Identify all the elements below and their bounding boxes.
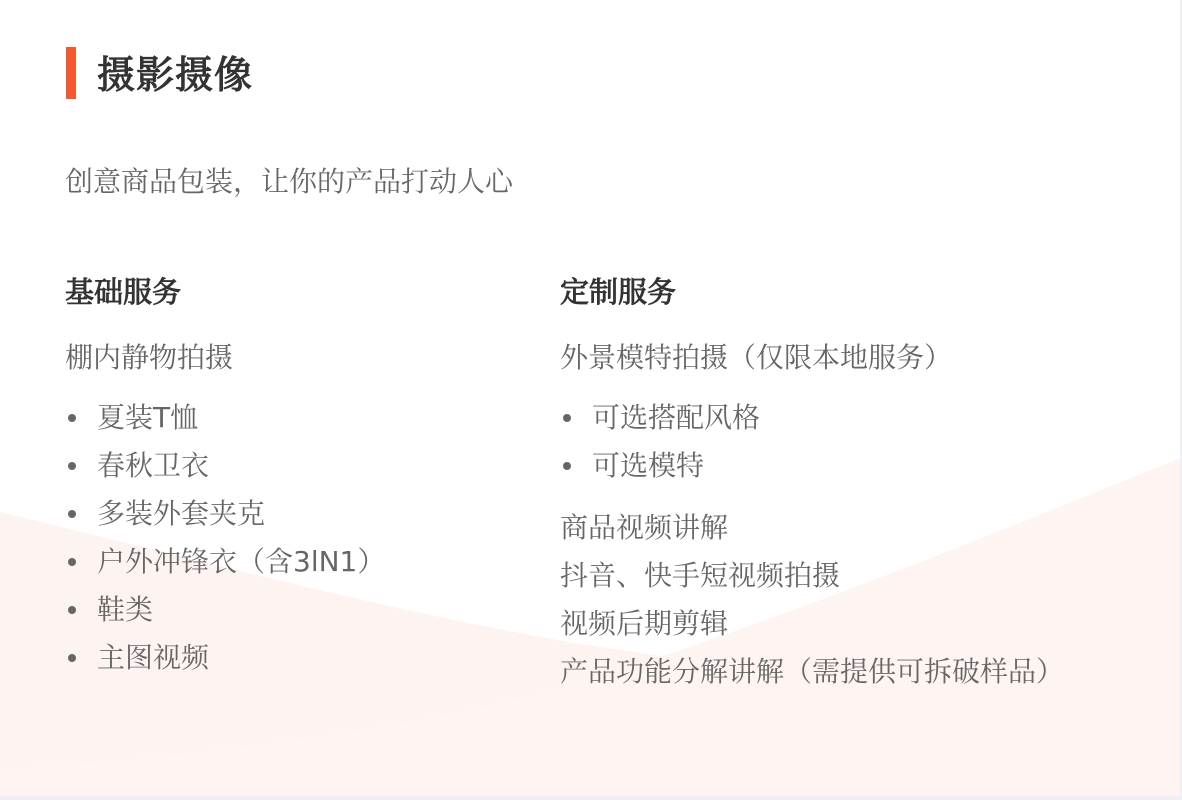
list-item: 多装外套夹克 xyxy=(65,490,385,538)
bullet-icon xyxy=(563,462,571,470)
list-item: 鞋类 xyxy=(65,586,385,634)
list-item-label: 夏装T恤 xyxy=(97,394,198,442)
list-item-label: 户外冲锋衣（含3lN1） xyxy=(97,538,385,586)
title-accent-bar xyxy=(66,47,76,99)
custom-service-group-title: 外景模特拍摄（仅限本地服务） xyxy=(560,336,1064,380)
list-item: 春秋卫衣 xyxy=(65,442,385,490)
basic-service-column: 基础服务 棚内静物拍摄 夏装T恤 春秋卫衣 多装外套夹克 户外冲锋衣（含3lN1 xyxy=(65,270,385,682)
custom-service-column: 定制服务 外景模特拍摄（仅限本地服务） 可选搭配风格 可选模特 商品视频讲解 抖… xyxy=(560,270,1064,696)
bullet-icon xyxy=(68,654,76,662)
list-item: 产品功能分解讲解（需提供可拆破样品） xyxy=(560,648,1064,696)
bullet-icon xyxy=(563,414,571,422)
custom-service-extras: 商品视频讲解 抖音、快手短视频拍摄 视频后期剪辑 产品功能分解讲解（需提供可拆破… xyxy=(560,504,1064,696)
custom-service-heading: 定制服务 xyxy=(560,270,1064,314)
page-subtitle: 创意商品包装，让你的产品打动人心 xyxy=(65,160,513,204)
list-item: 可选模特 xyxy=(560,442,1064,490)
list-item: 主图视频 xyxy=(65,634,385,682)
page-title: 摄影摄像 xyxy=(97,50,253,100)
bullet-icon xyxy=(68,414,76,422)
list-item-label: 可选模特 xyxy=(592,442,704,490)
basic-service-group-title: 棚内静物拍摄 xyxy=(65,336,385,380)
bullet-icon xyxy=(68,510,76,518)
list-item: 户外冲锋衣（含3lN1） xyxy=(65,538,385,586)
basic-service-heading: 基础服务 xyxy=(65,270,385,314)
list-item-label: 可选搭配风格 xyxy=(592,394,760,442)
list-item-label: 多装外套夹克 xyxy=(97,490,265,538)
service-card: 摄影摄像 创意商品包装，让你的产品打动人心 基础服务 棚内静物拍摄 夏装T恤 春… xyxy=(0,0,1180,796)
list-item: 商品视频讲解 xyxy=(560,504,1064,552)
list-item: 可选搭配风格 xyxy=(560,394,1064,442)
list-item: 夏装T恤 xyxy=(65,394,385,442)
bullet-icon xyxy=(68,558,76,566)
bullet-icon xyxy=(68,462,76,470)
custom-service-list: 可选搭配风格 可选模特 xyxy=(560,394,1064,490)
list-item-label: 鞋类 xyxy=(97,586,153,634)
basic-service-list: 夏装T恤 春秋卫衣 多装外套夹克 户外冲锋衣（含3lN1） 鞋类 xyxy=(65,394,385,682)
list-item: 抖音、快手短视频拍摄 xyxy=(560,552,1064,600)
list-item-label: 主图视频 xyxy=(97,634,209,682)
list-item-label: 春秋卫衣 xyxy=(97,442,209,490)
list-item: 视频后期剪辑 xyxy=(560,600,1064,648)
bullet-icon xyxy=(68,606,76,614)
